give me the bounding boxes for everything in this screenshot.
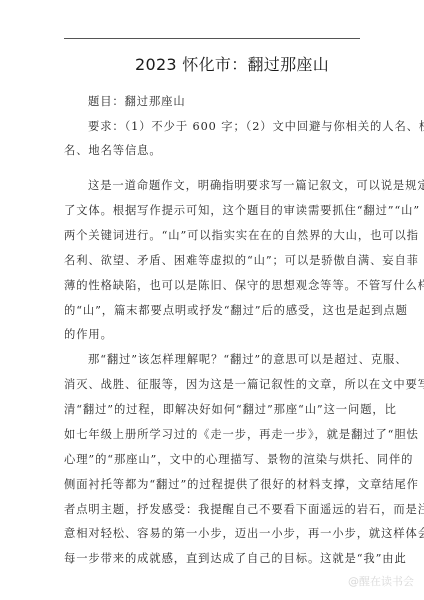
prompt-topic: 题目：翻过那座山 — [64, 95, 360, 109]
watermark: @醒在读书会 — [348, 573, 414, 589]
text-line: 薄的性格缺陷，也可以是陈旧、保守的思想观念等等。不管写什么样 — [64, 279, 360, 293]
text-line: 那“翻过”该怎样理解呢？“翻过”的意思可以是超过、克服、 — [64, 353, 360, 367]
text-line: 名利、欲望、矛盾、困难等虚拟的“山”；可以是骄傲自满、妄自菲 — [64, 254, 360, 268]
text-line: 侧面衬托等都为“翻过”的过程提供了很好的材料支撑，文章结尾作 — [64, 478, 360, 492]
text-line: 的“山”，篇末都要点明或抒发“翻过”后的感受，这也是起到点题 — [64, 304, 360, 318]
text-line: 者点明主题，抒发感受：我提醒自己不要看下面遥远的岩石，而是注 — [64, 503, 360, 517]
text-line: 的作用。 — [64, 328, 360, 342]
text-line: 消灭、战胜、征服等，因为这是一篇记叙性的文章，所以在文中要写 — [64, 378, 360, 392]
text-line: 清“翻过”的过程，即解决好如何“翻过”那座“山”这一问题，比 — [64, 403, 360, 417]
text-line: 两个关键词进行。“山”可以指实实在在的自然界的大山，也可以指 — [64, 229, 360, 243]
prompt-requirements: 要求：（1）不少于 600 字；（2）文中回避与你相关的人名、校 — [64, 120, 360, 134]
text-line: 意相对轻松、容易的第一小步，迈出一小步，再一小步，就这样体会 — [64, 527, 360, 541]
header-rule — [64, 38, 360, 39]
document-title: 2023 怀化市：翻过那座山 — [0, 52, 424, 75]
text-line: 如七年级上册所学习过的《走一步，再走一步》，就是翻过了“胆怯 — [64, 428, 360, 442]
text-line: 心理”的“那座山”，文中的心理描写、景物的渲染与烘托、同伴的 — [64, 453, 360, 467]
prompt-requirements-cont: 名、地名等信息。 — [64, 144, 360, 158]
text-line: 这是一道命题作文，明确指明要求写一篇记叙文，可以说是规定 — [64, 179, 360, 193]
text-line: 每一步带来的成就感，直到达成了自己的目标。这就是“我”由此 — [64, 552, 360, 566]
text-line: 了文体。根据写作提示可知，这个题目的审读需要抓住“翻过”“山” — [64, 204, 360, 218]
